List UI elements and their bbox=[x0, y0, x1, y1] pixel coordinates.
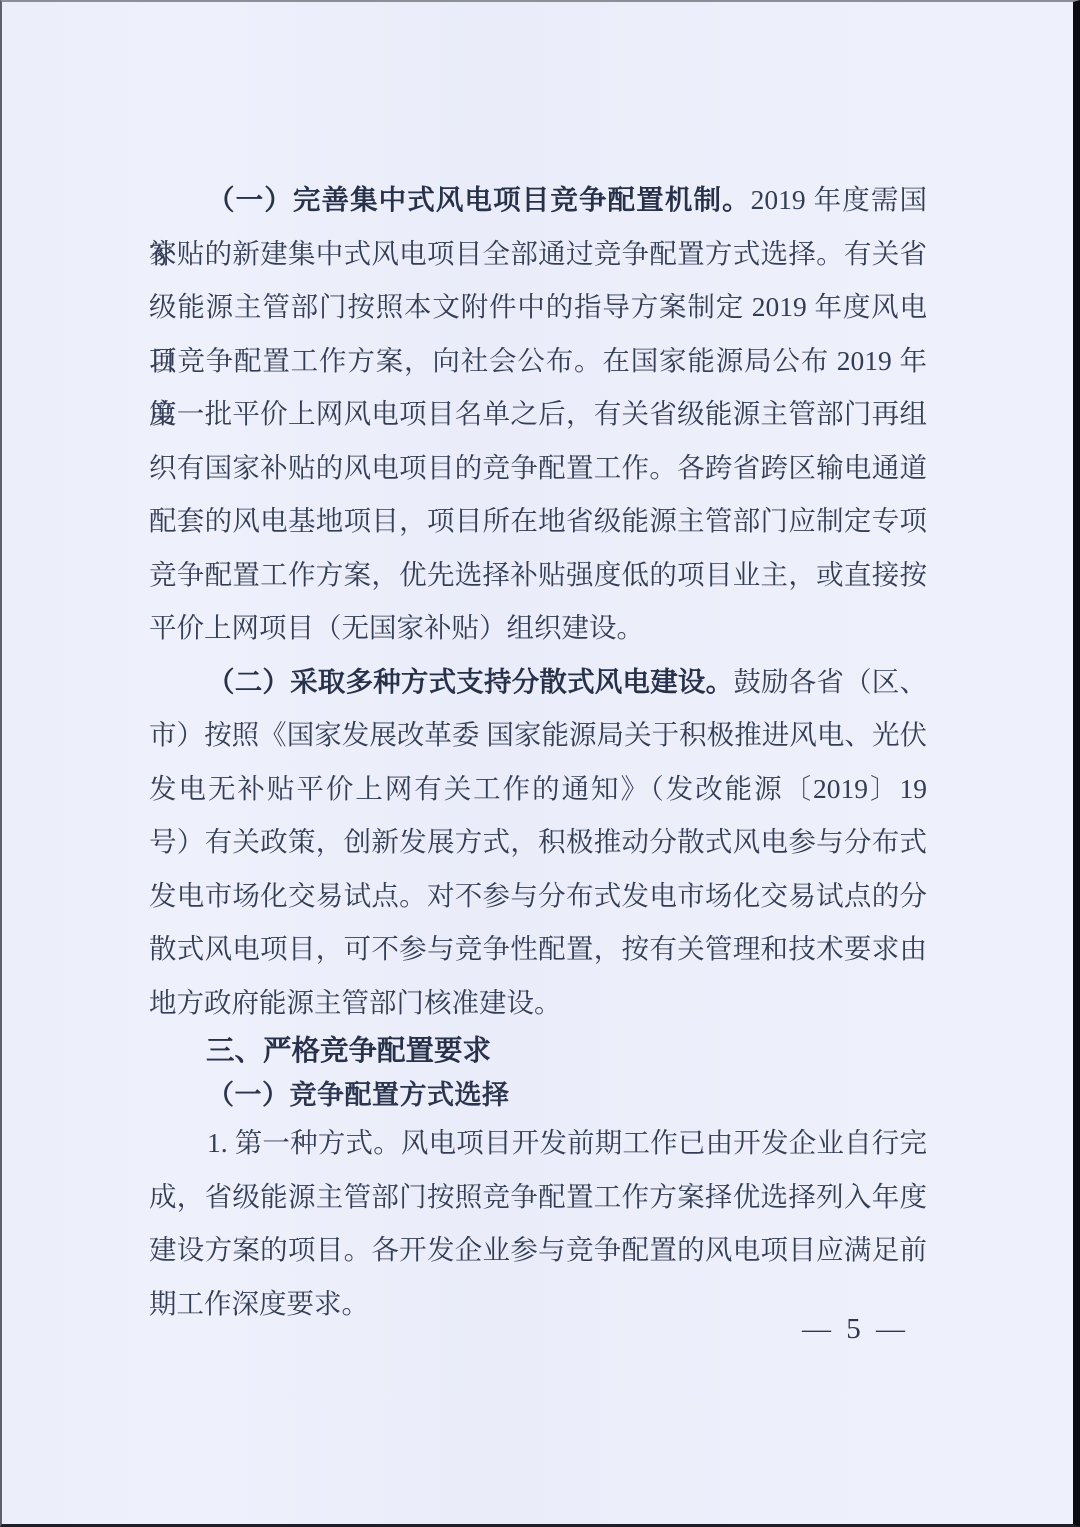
text-line: 1. 第一种方式。风电项目开发前期工作已由开发企业自行完 bbox=[149, 1116, 927, 1170]
text-line: （一）完善集中式风电项目竞争配置机制。2019 年度需国家 bbox=[149, 173, 927, 227]
text-line: 市）按照《国家发展改革委 国家能源局关于积极推进风电、光伏 bbox=[149, 708, 927, 762]
text-line: （二）采取多种方式支持分散式风电建设。鼓励各省（区、 bbox=[149, 655, 927, 709]
subsection-heading: （一）竞争配置方式选择 bbox=[149, 1074, 927, 1116]
page-number: — 5 — bbox=[802, 1307, 909, 1352]
text-line: 平价上网项目（无国家补贴）组织建设。 bbox=[149, 601, 927, 655]
text-line: 号）有关政策，创新发展方式，积极推动分散式风电参与分布式 bbox=[149, 815, 927, 869]
text-line: 建设方案的项目。各开发企业参与竞争配置的风电项目应满足前 bbox=[149, 1223, 927, 1277]
document-text-block: （一）完善集中式风电项目竞争配置机制。2019 年度需国家 补贴的新建集中式风电… bbox=[149, 173, 927, 1330]
document-page: （一）完善集中式风电项目竞争配置机制。2019 年度需国家 补贴的新建集中式风电… bbox=[0, 0, 1080, 1527]
text-line: 第一批平价上网风电项目名单之后，有关省级能源主管部门再组 bbox=[149, 387, 927, 441]
paragraph-lead: （一）完善集中式风电项目竞争配置机制。 bbox=[207, 184, 751, 215]
text-line: 发电市场化交易试点。对不参与分布式发电市场化交易试点的分 bbox=[149, 869, 927, 923]
text-line: 成，省级能源主管部门按照竞争配置工作方案择优选择列入年度 bbox=[149, 1170, 927, 1224]
text-line: 发电无补贴平价上网有关工作的通知》（发改能源〔2019〕19 bbox=[149, 762, 927, 816]
text-line: 织有国家补贴的风电项目的竞争配置工作。各跨省跨区输电通道 bbox=[149, 441, 927, 495]
text-line: 级能源主管部门按照本文附件中的指导方案制定 2019 年度风电项 bbox=[149, 280, 927, 334]
text-line: 目竞争配置工作方案，向社会公布。在国家能源局公布 2019 年度 bbox=[149, 334, 927, 388]
text-line: 地方政府能源主管部门核准建设。 bbox=[149, 976, 927, 1030]
text-line: 散式风电项目，可不参与竞争性配置，按有关管理和技术要求由 bbox=[149, 922, 927, 976]
text-line-body: 鼓励各省（区、 bbox=[733, 666, 927, 697]
section-heading: 三、严格竞争配置要求 bbox=[149, 1029, 927, 1074]
text-line: 补贴的新建集中式风电项目全部通过竞争配置方式选择。有关省 bbox=[149, 227, 927, 281]
paragraph-lead: （二）采取多种方式支持分散式风电建设。 bbox=[207, 666, 733, 697]
text-line: 配套的风电基地项目，项目所在地省级能源主管部门应制定专项 bbox=[149, 494, 927, 548]
text-line: 竞争配置工作方案，优先选择补贴强度低的项目业主，或直接按 bbox=[149, 548, 927, 602]
